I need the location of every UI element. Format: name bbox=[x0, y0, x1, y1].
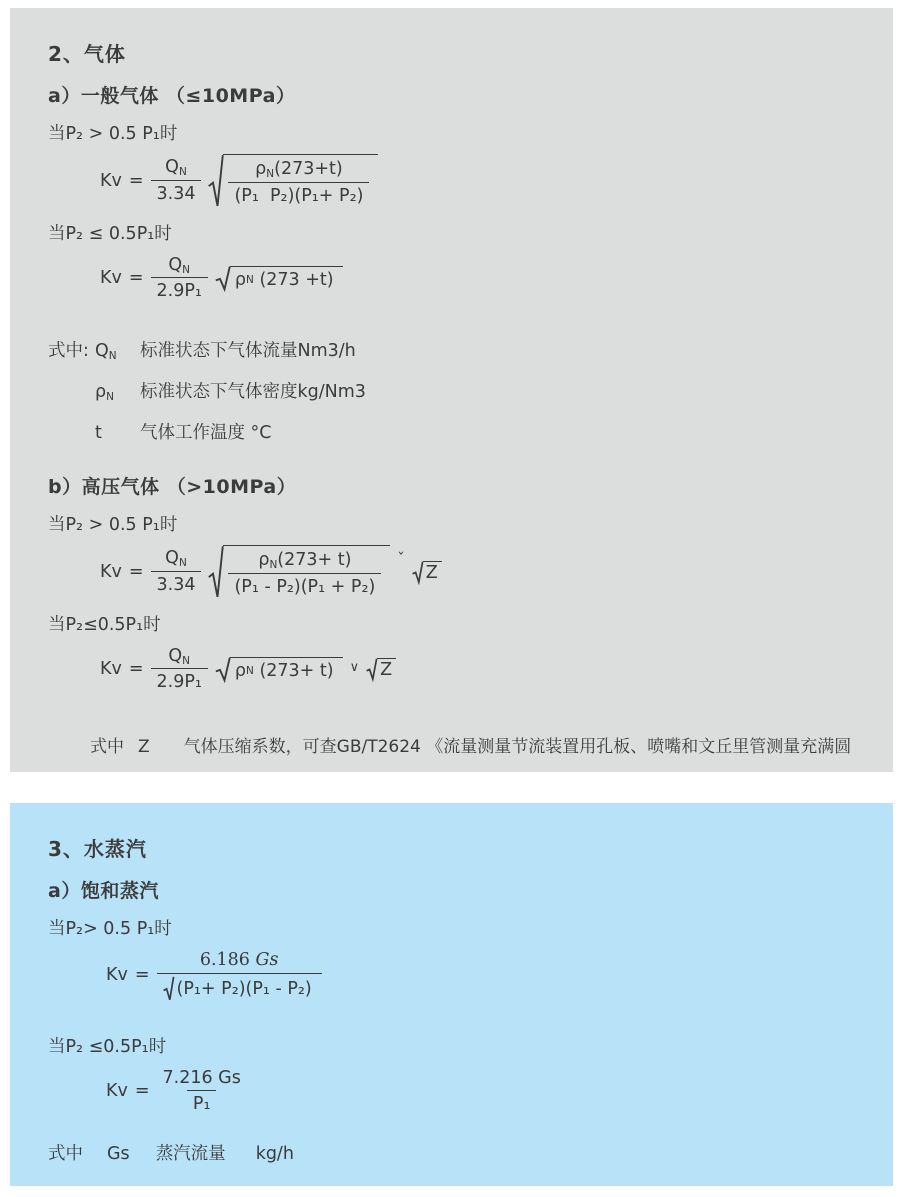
note-label: 式中 bbox=[90, 737, 124, 757]
gas-section-title: 2、气体 bbox=[48, 38, 855, 67]
gas-subsection-b-heading: b）高压气体 （>10MPa） bbox=[48, 472, 855, 499]
formula-gas-highpressure-critical: Kv = QN 2.9P₁ ρN (273+ t) ∨ Z bbox=[100, 645, 855, 695]
formula-gas-highpressure-subcritical: Kv = QN 3.34 ρN(273+ t) (P₁ - P₂)(P₁ + P… bbox=[100, 545, 855, 599]
kv-symbol: Kv bbox=[100, 659, 122, 679]
legend-desc-qn: 标准状态下气体流量Nm3/h bbox=[140, 337, 855, 362]
condition-steam-2: 当P₂ ≤0.5P₁时 bbox=[48, 1033, 855, 1058]
legend-label: 式中: bbox=[48, 337, 95, 362]
square-root: ρN (273 +t) bbox=[215, 266, 343, 290]
kv-symbol: Kv bbox=[106, 1081, 128, 1101]
equals-sign: = bbox=[135, 1081, 150, 1101]
fraction-qn-over-334: QN 3.34 bbox=[151, 156, 202, 206]
formula-gas-general-critical: Kv = QN 2.9P₁ ρN (273 +t) bbox=[100, 254, 855, 304]
legend-symbol-qn: QN bbox=[95, 341, 140, 362]
document-page: 2、气体 a）一般气体 （≤10MPa） 当P₂ > 0.5 P₁时 Kv = … bbox=[0, 0, 906, 1197]
radical-sign-icon bbox=[215, 266, 230, 290]
square-root: ρN(273+ t) (P₁ - P₂)(P₁ + P₂) bbox=[208, 545, 390, 599]
equals-sign: = bbox=[129, 562, 144, 582]
radical-sign-icon bbox=[215, 657, 230, 681]
formula-steam-critical: Kv = 7.216 Gs P₁ bbox=[106, 1067, 855, 1117]
gas-symbol-legend: 式中: QN 标准状态下气体流量Nm3/h ρN 标准状态下气体密度kg/Nm3… bbox=[48, 337, 855, 444]
radical-sign-icon bbox=[208, 545, 223, 599]
multiplication-mark: ˇ bbox=[397, 552, 405, 567]
fraction-under-radical: ρN(273+t) (P₁ P₂)(P₁+ P₂) bbox=[228, 158, 369, 208]
square-root-z: Z bbox=[412, 561, 442, 583]
fraction-under-radical: ρN(273+ t) (P₁ - P₂)(P₁ + P₂) bbox=[228, 549, 381, 599]
condition-gas-a-2: 当P₂ ≤ 0.5P₁时 bbox=[48, 220, 855, 245]
fraction-qn-over-29p1: QN 2.9P₁ bbox=[151, 645, 208, 695]
square-root-z: Z bbox=[366, 658, 396, 680]
kv-symbol: Kv bbox=[100, 171, 122, 191]
square-root: ρN (273+ t) bbox=[215, 657, 343, 681]
fraction-steam-critical: 7.216 Gs P₁ bbox=[157, 1067, 247, 1117]
kv-symbol: Kv bbox=[106, 965, 128, 985]
fraction-qn-over-29p1: QN 2.9P₁ bbox=[151, 254, 208, 304]
steam-symbol-legend: 式中Gs蒸汽流量kg/h bbox=[48, 1140, 855, 1165]
formula-gas-general-subcritical: Kv = QN 3.34 ρN(273+t) (P₁ P₂)(P₁+ P₂) bbox=[100, 154, 855, 208]
legend-symbol-rhon: ρN bbox=[95, 382, 140, 403]
square-root: ρN(273+t) (P₁ P₂)(P₁+ P₂) bbox=[208, 154, 378, 208]
condition-steam-1: 当P₂> 0.5 P₁时 bbox=[48, 915, 855, 940]
radical-sign-icon bbox=[412, 561, 423, 583]
steam-section-title: 3、水蒸汽 bbox=[48, 833, 855, 862]
z-coefficient-note: 式中Z气体压缩系数，可查GB/T2624 《流量测量节流装置用孔板、喷嘴和文丘里… bbox=[48, 730, 855, 772]
radical-sign-icon bbox=[208, 154, 223, 208]
condition-gas-b-2: 当P₂≤0.5P₁时 bbox=[48, 611, 855, 636]
z-description: 气体压缩系数，可查GB/T2624 《流量测量节流装置用孔板、喷嘴和文丘里管测量… bbox=[48, 737, 851, 772]
legend-desc-gs: 蒸汽流量 bbox=[156, 1144, 226, 1164]
condition-gas-a-1: 当P₂ > 0.5 P₁时 bbox=[48, 120, 855, 145]
multiplication-mark: ∨ bbox=[350, 661, 360, 674]
equals-sign: = bbox=[129, 268, 144, 288]
equals-sign: = bbox=[129, 659, 144, 679]
z-symbol: Z bbox=[138, 737, 150, 757]
section-gas: 2、气体 a）一般气体 （≤10MPa） 当P₂ > 0.5 P₁时 Kv = … bbox=[10, 8, 893, 772]
legend-symbol-gs: Gs bbox=[107, 1144, 130, 1164]
square-root: (P₁+ P₂)(P₁ - P₂) bbox=[163, 976, 316, 1001]
radical-sign-icon bbox=[163, 976, 174, 1001]
formula-steam-subcritical: Kv = 6.186 Gs (P₁+ P₂)(P₁ - P₂) bbox=[106, 949, 855, 1001]
radical-sign-icon bbox=[366, 658, 377, 680]
legend-desc-rhon: 标准状态下气体密度kg/Nm3 bbox=[140, 378, 855, 403]
kv-symbol: Kv bbox=[100, 562, 122, 582]
fraction-steam: 6.186 Gs (P₁+ P₂)(P₁ - P₂) bbox=[157, 949, 322, 1001]
equals-sign: = bbox=[135, 965, 150, 985]
gas-subsection-a-heading: a）一般气体 （≤10MPa） bbox=[48, 81, 855, 108]
legend-label: 式中 bbox=[48, 1144, 83, 1164]
section-steam: 3、水蒸汽 a）饱和蒸汽 当P₂> 0.5 P₁时 Kv = 6.186 Gs … bbox=[10, 803, 893, 1186]
fraction-qn-over-334: QN 3.34 bbox=[151, 547, 202, 597]
steam-subsection-a-heading: a）饱和蒸汽 bbox=[48, 876, 855, 903]
equals-sign: = bbox=[129, 171, 144, 191]
kv-symbol: Kv bbox=[100, 268, 122, 288]
legend-unit-gs: kg/h bbox=[256, 1144, 294, 1164]
legend-symbol-t: t bbox=[95, 423, 140, 443]
condition-gas-b-1: 当P₂ > 0.5 P₁时 bbox=[48, 511, 855, 536]
legend-desc-t: 气体工作温度 °C bbox=[140, 419, 855, 444]
